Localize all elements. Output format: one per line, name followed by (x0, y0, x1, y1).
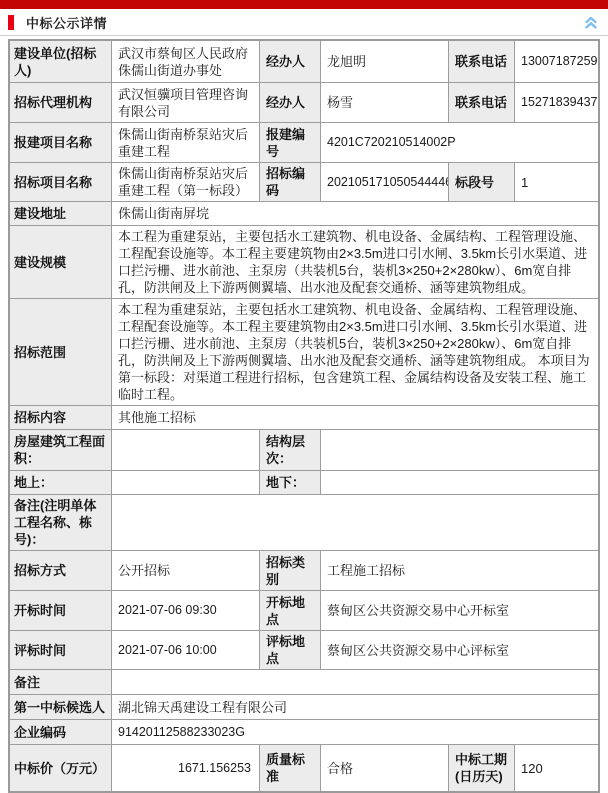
table-row: 第一中标候选人湖北锦天禹建设工程有限公司 (10, 695, 598, 720)
field-label: 联系电话 (449, 83, 515, 123)
table-row: 中标价（万元）1671.156253质量标准合格中标工期(日历天)120 (10, 745, 598, 791)
field-label: 中标工期(日历天) (449, 745, 515, 791)
field-label: 质量标准 (260, 745, 321, 791)
page-title: 中标公示详情 (26, 13, 107, 32)
field-value (321, 430, 598, 471)
table-row: 建设规模本工程为重建泵站，主要包括水工建筑物、机电设备、金属结构、工程管理设施、… (10, 226, 598, 299)
field-label: 标段号 (449, 163, 515, 202)
field-value: 202105171050544446 (321, 163, 449, 202)
field-label: 招标编码 (260, 163, 321, 202)
field-value: 杨雪 (321, 83, 449, 123)
table-row: 房屋建筑工程面积：结构层次： (10, 430, 598, 471)
table-row: 备注 (10, 670, 598, 695)
field-label: 经办人 (260, 83, 321, 123)
table-row: 企业编码91420112588233023G (10, 720, 598, 745)
bid-detail-table: 建设单位(招标人)武汉市蔡甸区人民政府侏儒山街道办事处经办人龙旭明联系电话130… (8, 39, 600, 793)
field-value: 侏儒山街南桥泵站灾后重建工程（第一标段） (112, 163, 260, 202)
field-value: 武汉市蔡甸区人民政府侏儒山街道办事处 (112, 41, 260, 83)
field-label: 企业编码 (10, 720, 112, 745)
table-row: 报建项目名称侏儒山街南桥泵站灾后重建工程报建编号4201C72021051400… (10, 123, 598, 163)
field-value: 91420112588233023G (112, 720, 598, 745)
field-value: 工程施工招标 (321, 551, 598, 591)
double-chevron-up-icon (584, 16, 598, 29)
field-value (112, 430, 260, 471)
field-label: 中标价（万元） (10, 745, 112, 791)
field-label: 招标方式 (10, 551, 112, 591)
table-row: 建设单位(招标人)武汉市蔡甸区人民政府侏儒山街道办事处经办人龙旭明联系电话130… (10, 41, 598, 83)
field-value: 4201C720210514002P (321, 123, 598, 163)
field-value: 蔡甸区公共资源交易中心开标室 (321, 591, 598, 631)
field-label: 报建编号 (260, 123, 321, 163)
table-row: 建设地址侏儒山街南屏垸 (10, 202, 598, 226)
field-value: 其他施工招标 (112, 406, 598, 430)
field-label: 地上： (10, 471, 112, 495)
field-label: 地下： (260, 471, 321, 495)
field-value: 武汉恒骥项目管理咨询有限公司 (112, 83, 260, 123)
field-label: 建设地址 (10, 202, 112, 226)
table-row: 招标内容其他施工招标 (10, 406, 598, 430)
field-label: 备注 (10, 670, 112, 695)
field-value: 2021-07-06 09:30 (112, 591, 260, 631)
table-row: 招标代理机构武汉恒骥项目管理咨询有限公司经办人杨雪联系电话15271839437 (10, 83, 598, 123)
table-row: 招标方式公开招标招标类别工程施工招标 (10, 551, 598, 591)
field-value (112, 495, 598, 551)
field-label: 开标时间 (10, 591, 112, 631)
field-value (321, 471, 598, 495)
field-value: 本工程为重建泵站，主要包括水工建筑物、机电设备、金属结构、工程管理设施、工程配套… (112, 226, 598, 299)
table-row: 地上：地下： (10, 471, 598, 495)
field-label: 招标内容 (10, 406, 112, 430)
field-value: 1671.156253 (112, 745, 260, 791)
field-label: 建设单位(招标人) (10, 41, 112, 83)
table-row: 评标时间2021-07-06 10:00评标地点蔡甸区公共资源交易中心评标室 (10, 631, 598, 670)
collapse-panel-button[interactable] (584, 16, 598, 29)
page-header: 中标公示详情 (0, 9, 608, 35)
field-label: 招标范围 (10, 299, 112, 406)
field-value (112, 670, 598, 695)
field-label: 评标时间 (10, 631, 112, 670)
field-value: 15271839437 (515, 83, 598, 123)
table-row: 开标时间2021-07-06 09:30开标地点蔡甸区公共资源交易中心开标室 (10, 591, 598, 631)
field-label: 建设规模 (10, 226, 112, 299)
table-row: 招标范围本工程为重建泵站，主要包括水工建筑物、机电设备、金属结构、工程管理设施、… (10, 299, 598, 406)
field-value: 合格 (321, 745, 449, 791)
field-value: 侏儒山街南桥泵站灾后重建工程 (112, 123, 260, 163)
header-divider (0, 35, 608, 36)
title-marker (8, 15, 14, 30)
field-value: 侏儒山街南屏垸 (112, 202, 598, 226)
field-label: 招标项目名称 (10, 163, 112, 202)
field-value: 13007187259 (515, 41, 598, 83)
field-value: 1 (515, 163, 598, 202)
field-label: 经办人 (260, 41, 321, 83)
field-value: 公开招标 (112, 551, 260, 591)
field-label: 第一中标候选人 (10, 695, 112, 720)
field-label: 结构层次： (260, 430, 321, 471)
field-label: 备注(注明单体工程名称、栋号)： (10, 495, 112, 551)
field-label: 报建项目名称 (10, 123, 112, 163)
field-value (112, 471, 260, 495)
field-value: 蔡甸区公共资源交易中心评标室 (321, 631, 598, 670)
field-value: 龙旭明 (321, 41, 449, 83)
field-value: 120 (515, 745, 598, 791)
field-label: 招标代理机构 (10, 83, 112, 123)
field-label: 开标地点 (260, 591, 321, 631)
table-row: 招标项目名称侏儒山街南桥泵站灾后重建工程（第一标段）招标编码2021051710… (10, 163, 598, 202)
field-label: 评标地点 (260, 631, 321, 670)
top-red-bar (0, 0, 608, 9)
field-label: 招标类别 (260, 551, 321, 591)
field-label: 房屋建筑工程面积： (10, 430, 112, 471)
field-label: 联系电话 (449, 41, 515, 83)
field-value: 本工程为重建泵站，主要包括水工建筑物、机电设备、金属结构、工程管理设施、工程配套… (112, 299, 598, 406)
field-value: 2021-07-06 10:00 (112, 631, 260, 670)
table-row: 备注(注明单体工程名称、栋号)： (10, 495, 598, 551)
field-value: 湖北锦天禹建设工程有限公司 (112, 695, 598, 720)
